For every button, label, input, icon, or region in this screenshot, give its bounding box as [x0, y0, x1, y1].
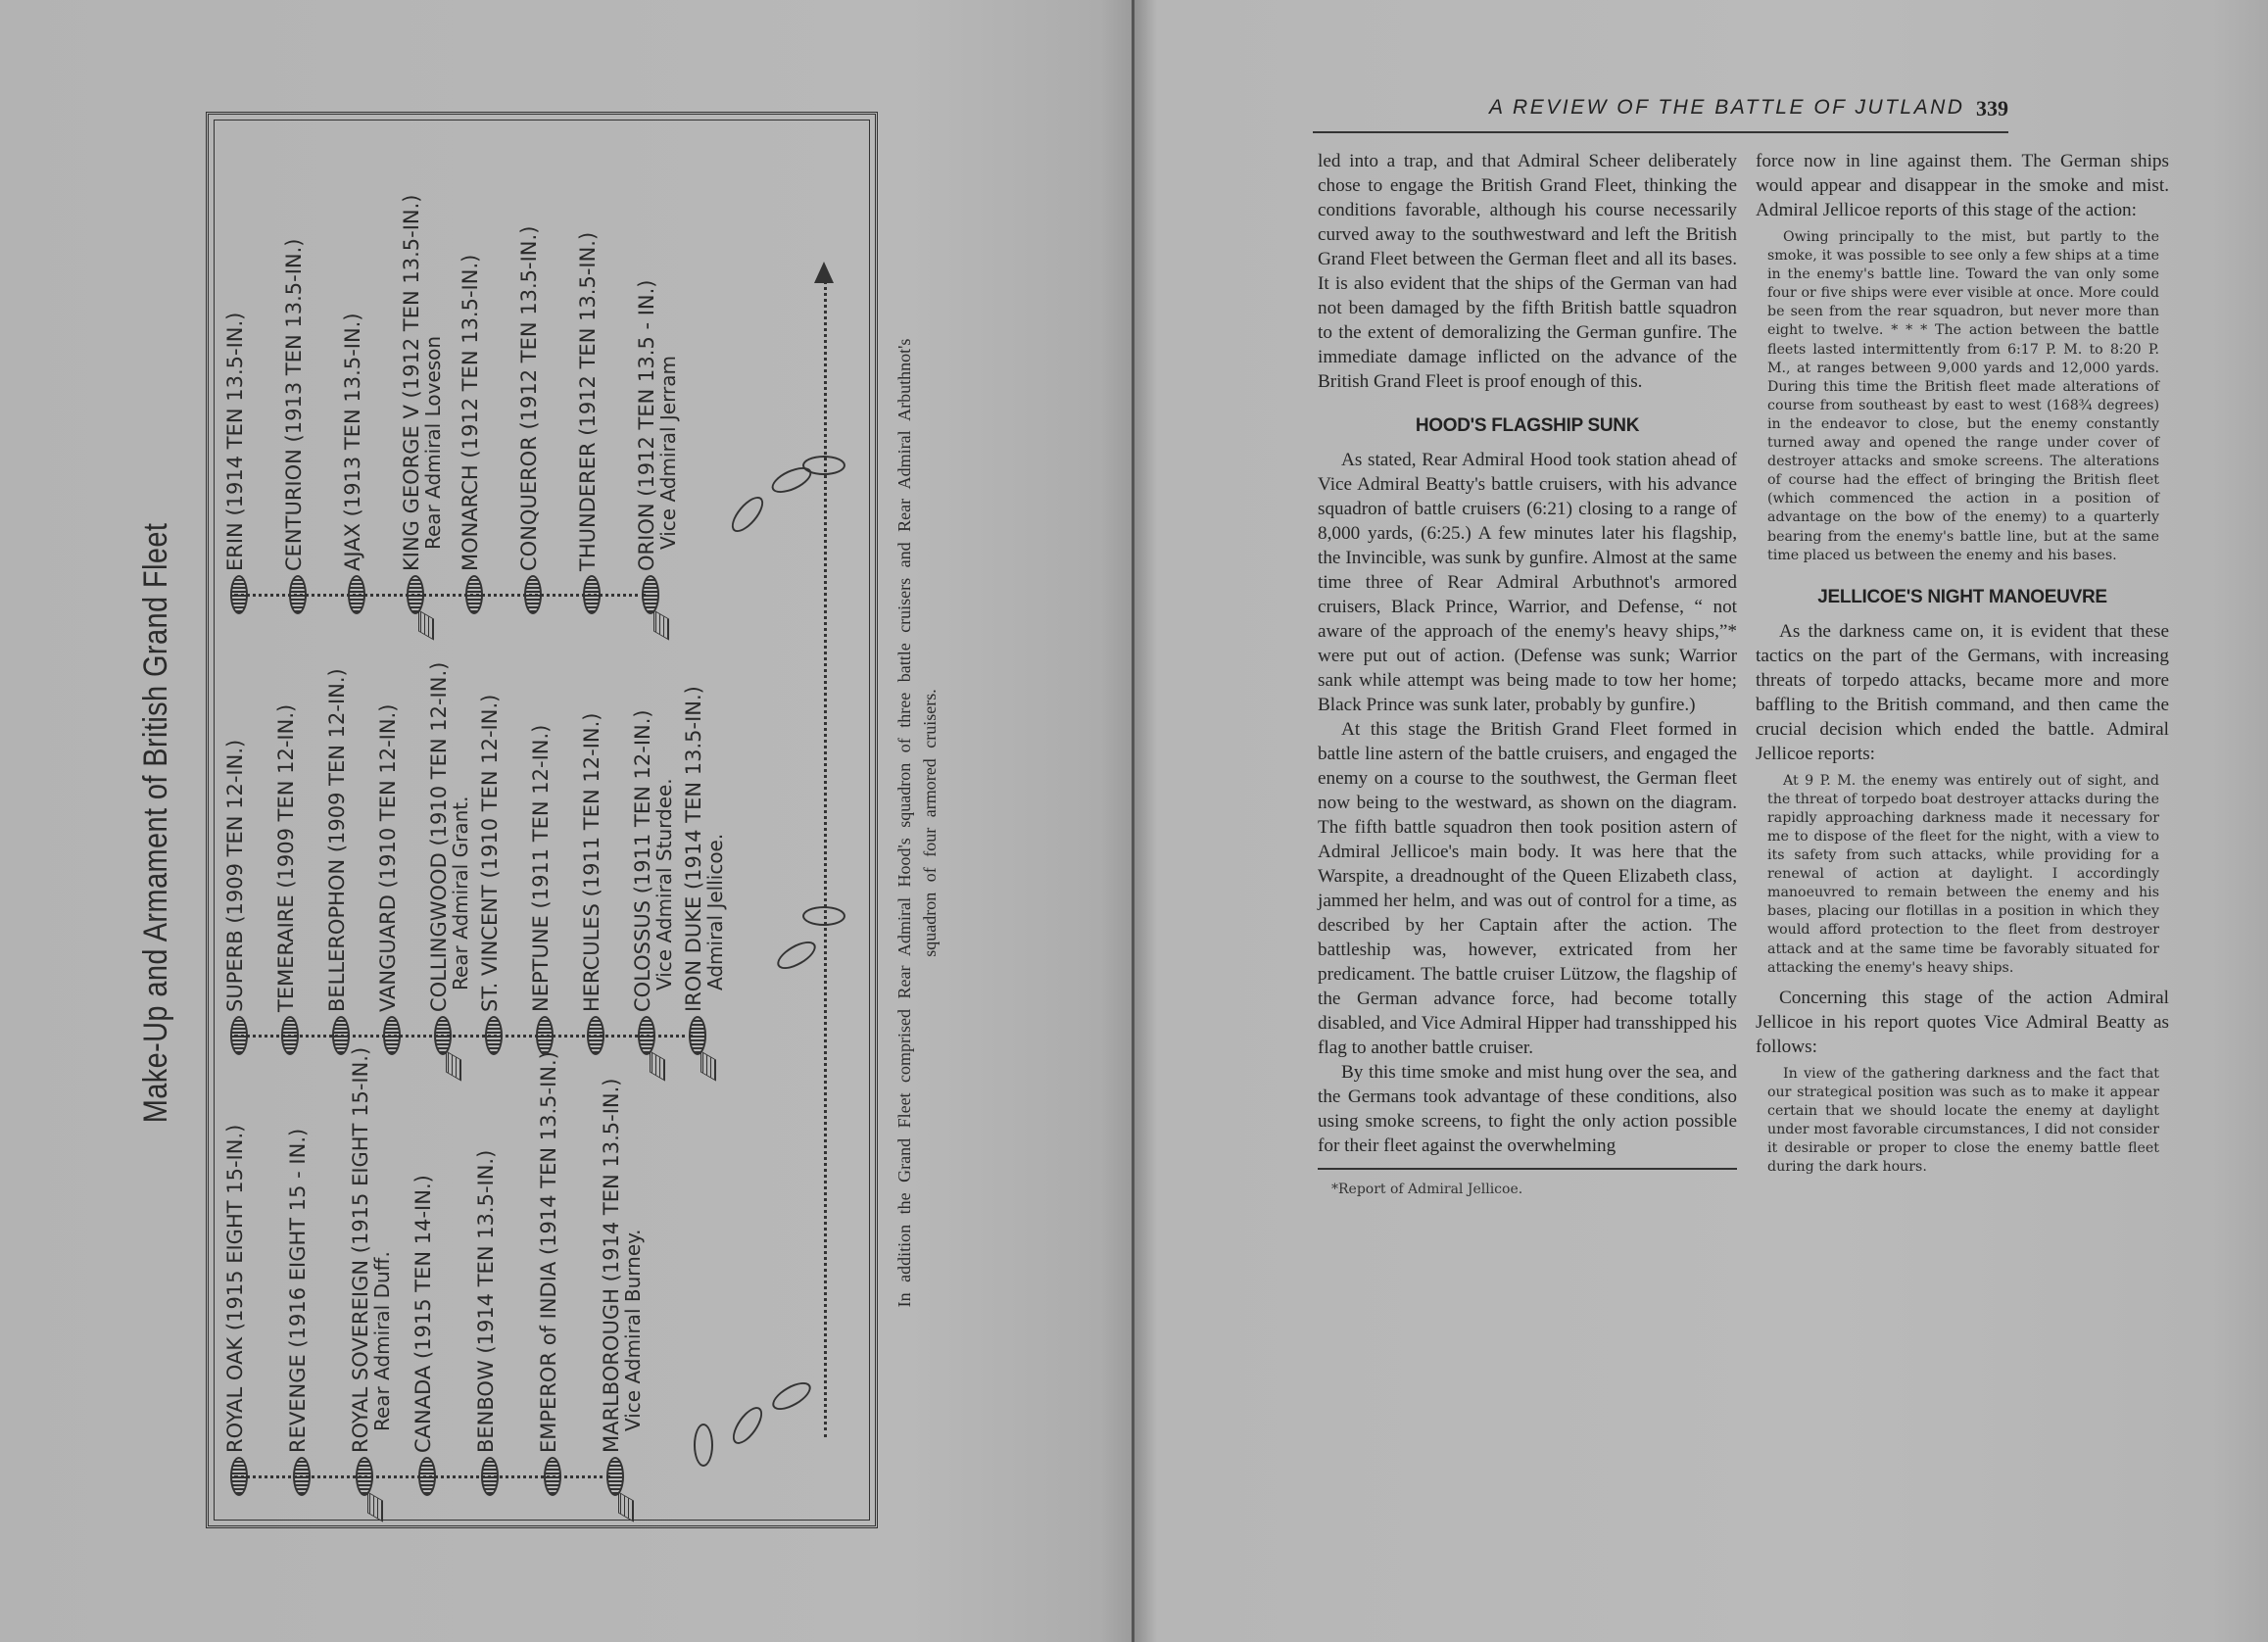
ship-armament: (1910 TEN 12-IN.): [478, 695, 502, 879]
ship-name: BELLEROPHON: [325, 859, 349, 1012]
ship-entry: IRON DUKE (1914 TEN 13.5-IN.)Admiral Jel…: [683, 686, 726, 1055]
ship-outline-icon: [773, 936, 820, 974]
ship-entry: ROYAL SOVEREIGN (1915 EIGHT 15-IN.)Rear …: [350, 1047, 393, 1496]
ship-entry: ORION (1912 TEN 13.5 - IN.)Vice Admiral …: [636, 280, 679, 615]
flag-officer: Vice Admiral Jerram: [657, 280, 679, 572]
ship-entry: COLLINGWOOD (1910 TEN 12-IN.)Rear Admira…: [428, 662, 471, 1055]
caption-line-2: squadron of four armored cruisers.: [917, 98, 942, 1548]
running-title: A REVIEW OF THE BATTLE OF JUTLAND: [1489, 96, 1964, 120]
ship-armament: (1915 EIGHT 15-IN.): [223, 1125, 247, 1330]
ship-entry: SUPERB (1909 TEN 12-IN.): [224, 740, 248, 1055]
ship-text: NEPTUNE (1911 TEN 12-IN.): [530, 725, 552, 1012]
ship-armament: (1911 TEN 12-IN.): [529, 725, 553, 909]
ship-name: ERIN: [223, 522, 247, 571]
ship-name: REVENGE: [286, 1354, 310, 1453]
ship-entry: VANGUARD (1910 TEN 12-IN.): [377, 704, 401, 1055]
ship-text: CONQUEROR (1912 TEN 13.5-IN.): [518, 226, 540, 571]
flag-officer: Vice Admiral Sturdee.: [653, 709, 675, 1012]
ship-entry: THUNDERER (1912 TEN 13.5-IN.): [577, 232, 601, 614]
ship-entry: HERCULES (1911 TEN 12-IN.): [581, 713, 604, 1056]
ship-name: THUNDERER: [576, 442, 600, 571]
section-heading: HOOD'S FLAGSHIP SUNK: [1318, 413, 1737, 438]
paragraph: Concerning this stage of the action Admi…: [1756, 986, 2169, 1059]
paragraph: By this time smoke and mist hung over th…: [1318, 1060, 1737, 1158]
ship-text: ROYAL SOVEREIGN (1915 EIGHT 15-IN.)Rear …: [350, 1047, 393, 1453]
ship-armament: (1913 TEN 13.5-IN.): [341, 313, 364, 516]
diagram-frame: ROYAL OAK (1915 EIGHT 15-IN.)REVENGE (19…: [206, 112, 878, 1528]
ship-outline-icon: [802, 456, 845, 475]
ship-name: COLLINGWOOD: [427, 852, 451, 1012]
ship-text: VANGUARD (1910 TEN 12-IN.): [377, 704, 399, 1012]
ship-text: CANADA (1915 TEN 14-IN.): [412, 1175, 434, 1453]
ship-name: VANGUARD: [376, 894, 400, 1012]
section-heading: JELLICOE'S NIGHT MANOEUVRE: [1756, 585, 2169, 609]
footnote-divider: [1318, 1168, 1737, 1170]
ship-armament: (1912 TEN 13.5-IN.): [576, 232, 600, 436]
quote-text: In view of the gathering darkness and th…: [1767, 1065, 2159, 1178]
ship-outline-icon: [768, 1376, 815, 1415]
ship-name: HERCULES: [580, 903, 603, 1012]
ship-armament: (1913 TEN 13.5-IN.): [282, 239, 306, 443]
flag-officer: Vice Admiral Burney.: [622, 1079, 644, 1454]
ship-name: BENBOW: [474, 1360, 498, 1453]
ship-entry: AJAX (1913 TEN 13.5-IN.): [342, 313, 365, 614]
paragraph: force now in line against them. The Germ…: [1756, 149, 2169, 222]
ship-name: EMPEROR of INDIA: [537, 1262, 560, 1453]
ship-armament: (1909 TEN 12-IN.): [223, 740, 247, 924]
running-head: A REVIEW OF THE BATTLE OF JUTLAND 339: [1313, 96, 2008, 133]
ship-name: NEPTUNE: [529, 915, 553, 1012]
ship-name: IRON DUKE: [682, 896, 705, 1012]
diagram-caption: In addition the Grand Fleet comprised Re…: [892, 98, 942, 1548]
text-column-right: force now in line against them. The Germ…: [1756, 149, 2169, 1184]
ship-outline-icon: [727, 1402, 768, 1449]
flag-officer: Rear Admiral Duff.: [371, 1047, 393, 1453]
footnote: *Report of Admiral Jellicoe.: [1318, 1178, 1737, 1202]
line-ahead-dotted-line: [234, 594, 646, 597]
ship-entry: MARLBOROUGH (1914 TEN 13.5-IN.)Vice Admi…: [601, 1079, 644, 1497]
ship-armament: (1909 TEN 12-IN.): [325, 668, 349, 852]
fleet-diagram: Make-Up and Armament of British Grand Fl…: [137, 98, 921, 1548]
ship-entry: CANADA (1915 TEN 14-IN.): [412, 1175, 436, 1496]
ship-entry: REVENGE (1916 EIGHT 15 - IN.): [287, 1129, 311, 1496]
block-quote: In view of the gathering darkness and th…: [1767, 1065, 2159, 1178]
block-quote: Owing principally to the mist, but partl…: [1767, 228, 2159, 565]
flagship-pennant-icon: [367, 1491, 383, 1521]
ship-armament: (1910 TEN 12-IN.): [427, 662, 451, 846]
ship-name: ROYAL OAK: [223, 1337, 247, 1453]
ship-text: SUPERB (1909 TEN 12-IN.): [224, 740, 246, 1012]
ship-text: REVENGE (1916 EIGHT 15 - IN.): [287, 1129, 309, 1453]
ship-text: EMPEROR of INDIA (1914 TEN 13.5-IN.): [538, 1051, 559, 1453]
ship-armament: (1911 TEN 12-IN.): [580, 713, 603, 897]
ship-armament: (1914 TEN 13.5-IN.): [682, 686, 705, 890]
ship-text: THUNDERER (1912 TEN 13.5-IN.): [577, 232, 599, 571]
ship-armament: (1915 EIGHT 15-IN.): [349, 1047, 372, 1253]
line-ahead-dotted-line: [234, 1475, 610, 1478]
flag-officer: Admiral Jellicoe.: [704, 686, 726, 1012]
flagship-pennant-icon: [700, 1050, 716, 1081]
ship-text: ERIN (1914 TEN 13.5-IN.): [224, 313, 246, 571]
ship-entry: TEMERAIRE (1909 TEN 12-IN.): [275, 704, 299, 1055]
ship-entry: MONARCH (1912 TEN 13.5-IN.): [459, 255, 483, 614]
ship-armament: (1912 TEN 13.5-IN.): [400, 195, 423, 399]
course-track-line: [824, 281, 827, 1437]
ship-text: KING GEORGE V (1912 TEN 13.5-IN.)Rear Ad…: [401, 195, 444, 571]
ship-entry: EMPEROR of INDIA (1914 TEN 13.5-IN.): [538, 1051, 561, 1496]
ship-text: MONARCH (1912 TEN 13.5-IN.): [459, 255, 481, 571]
flagship-pennant-icon: [653, 609, 669, 640]
quote-text: Owing principally to the mist, but partl…: [1767, 228, 2159, 565]
ship-entry: ST. VINCENT (1910 TEN 12-IN.): [479, 695, 503, 1055]
flag-officer: Rear Admiral Grant.: [450, 662, 471, 1012]
ship-text: IRON DUKE (1914 TEN 13.5-IN.)Admiral Jel…: [683, 686, 726, 1012]
ship-name: TEMERAIRE: [274, 894, 298, 1012]
paragraph: At this stage the British Grand Fleet fo…: [1318, 717, 1737, 1060]
ship-name: ST. VINCENT: [478, 885, 502, 1012]
ship-entry: BENBOW (1914 TEN 13.5-IN.): [475, 1150, 499, 1496]
ship-entry: NEPTUNE (1911 TEN 12-IN.): [530, 725, 554, 1055]
ship-text: HERCULES (1911 TEN 12-IN.): [581, 713, 603, 1013]
ship-text: ST. VINCENT (1910 TEN 12-IN.): [479, 695, 501, 1012]
page-number: 339: [1976, 96, 2008, 121]
ship-entry: CENTURION (1913 TEN 13.5-IN.): [283, 239, 307, 614]
arrow-icon: [814, 262, 834, 283]
ship-armament: (1912 TEN 13.5 - IN.): [635, 280, 658, 497]
left-page: Make-Up and Armament of British Grand Fl…: [0, 0, 1134, 1642]
ship-armament: (1912 TEN 13.5-IN.): [517, 226, 541, 430]
flagship-pennant-icon: [446, 1050, 461, 1081]
flagship-pennant-icon: [650, 1050, 665, 1081]
ship-entry: ROYAL OAK (1915 EIGHT 15-IN.): [224, 1125, 248, 1496]
ship-outline-icon: [726, 492, 769, 538]
flagship-pennant-icon: [418, 609, 434, 640]
ship-text: BELLEROPHON (1909 TEN 12-IN.): [326, 668, 348, 1012]
ship-armament: (1914 TEN 13.5-IN.): [537, 1051, 560, 1255]
ship-text: ROYAL OAK (1915 EIGHT 15-IN.): [224, 1125, 246, 1453]
text-column-left: led into a trap, and that Admiral Scheer…: [1318, 149, 1737, 1202]
ship-name: KING GEORGE V: [400, 405, 423, 571]
paragraph: As the darkness came on, it is evident t…: [1756, 619, 2169, 766]
ship-armament: (1911 TEN 12-IN.): [631, 709, 654, 893]
ship-text: ORION (1912 TEN 13.5 - IN.)Vice Admiral …: [636, 280, 679, 572]
ship-armament: (1909 TEN 12-IN.): [274, 704, 298, 889]
line-ahead-dotted-line: [234, 1035, 693, 1038]
ship-text: CENTURION (1913 TEN 13.5-IN.): [283, 239, 305, 571]
flag-officer: Rear Admiral Loveson: [422, 195, 444, 571]
ship-name: CONQUEROR: [517, 436, 541, 571]
ship-armament: (1910 TEN 12-IN.): [376, 704, 400, 889]
ship-name: MONARCH: [458, 464, 482, 571]
ship-armament: (1914 TEN 13.5-IN.): [474, 1150, 498, 1354]
ship-name: COLOSSUS: [631, 900, 654, 1012]
ship-name: AJAX: [341, 523, 364, 571]
ship-name: ORION: [635, 503, 658, 571]
ship-entry: COLOSSUS (1911 TEN 12-IN.)Vice Admiral S…: [632, 709, 675, 1055]
ship-outline-icon: [802, 906, 845, 926]
diagram-title: Make-Up and Armament of British Grand Fl…: [137, 207, 175, 1439]
ship-name: ROYAL SOVEREIGN: [349, 1260, 372, 1453]
quote-text: At 9 P. M. the enemy was entirely out of…: [1767, 772, 2159, 978]
ship-entry: CONQUEROR (1912 TEN 13.5-IN.): [518, 226, 542, 614]
ship-name: SUPERB: [223, 930, 247, 1012]
ship-text: COLLINGWOOD (1910 TEN 12-IN.)Rear Admira…: [428, 662, 471, 1012]
ship-text: BENBOW (1914 TEN 13.5-IN.): [475, 1150, 497, 1453]
ship-entry: BELLEROPHON (1909 TEN 12-IN.): [326, 668, 350, 1055]
ship-text: AJAX (1913 TEN 13.5-IN.): [342, 313, 363, 571]
ship-entry: KING GEORGE V (1912 TEN 13.5-IN.)Rear Ad…: [401, 195, 444, 614]
ship-armament: (1912 TEN 13.5-IN.): [458, 255, 482, 459]
block-quote: At 9 P. M. the enemy was entirely out of…: [1767, 772, 2159, 978]
ship-text: TEMERAIRE (1909 TEN 12-IN.): [275, 704, 297, 1012]
ship-outline-icon: [694, 1424, 713, 1467]
ship-name: MARLBOROUGH: [600, 1288, 623, 1453]
ship-armament: (1915 TEN 14-IN.): [411, 1175, 435, 1359]
ship-armament: (1916 EIGHT 15 - IN.): [286, 1129, 310, 1348]
ship-armament: (1914 TEN 13.5-IN.): [223, 313, 247, 516]
caption-line-1: In addition the Grand Fleet comprised Re…: [892, 98, 917, 1548]
ship-text: MARLBOROUGH (1914 TEN 13.5-IN.)Vice Admi…: [601, 1079, 644, 1454]
ship-name: CANADA: [411, 1366, 435, 1453]
ship-entry: ERIN (1914 TEN 13.5-IN.): [224, 313, 248, 614]
ship-text: COLOSSUS (1911 TEN 12-IN.)Vice Admiral S…: [632, 709, 675, 1012]
ship-name: CENTURION: [282, 449, 306, 571]
flagship-pennant-icon: [618, 1491, 634, 1521]
paragraph: As stated, Rear Admiral Hood took statio…: [1318, 448, 1737, 717]
ship-armament: (1914 TEN 13.5-IN.): [600, 1079, 623, 1282]
paragraph: led into a trap, and that Admiral Scheer…: [1318, 149, 1737, 394]
